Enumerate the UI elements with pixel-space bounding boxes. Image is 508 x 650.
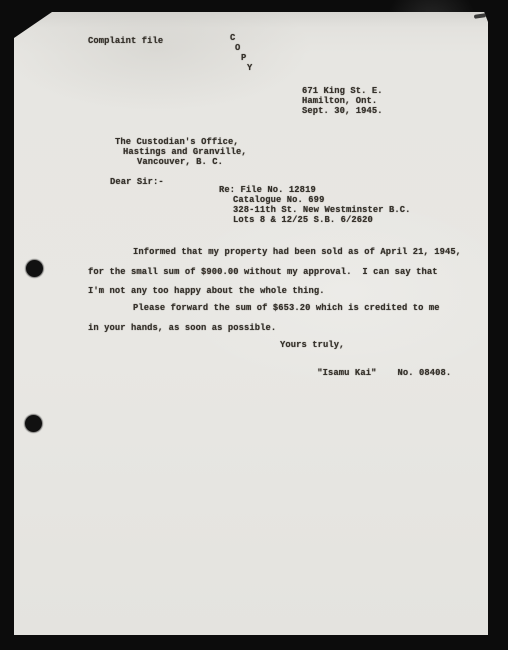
sender-line: Hamilton, Ont.	[302, 96, 383, 106]
recipient-line: Hastings and Granville,	[115, 147, 247, 157]
signature-number: No. 08408.	[397, 368, 451, 378]
reference-line: Catalogue No. 699	[219, 195, 411, 205]
recipient-line: The Custodian's Office,	[115, 137, 247, 147]
signature-name: "Isamu Kai"	[317, 368, 376, 378]
body-line: Informed that my property had been sold …	[88, 243, 461, 263]
complaint-file-annotation: Complaint file	[88, 36, 163, 46]
copy-stamp: C O P Y	[230, 34, 270, 84]
corner-smudge-mark	[474, 13, 486, 19]
reference-line: Re: File No. 12819	[219, 185, 411, 195]
recipient-address-block: The Custodian's Office, Hastings and Gra…	[115, 137, 247, 167]
body-line: for the small sum of $900.00 without my …	[88, 263, 461, 283]
hole-punch-bottom	[25, 415, 42, 432]
reference-line: Lots 8 & 12/25 S.B. 6/2620	[219, 215, 411, 225]
signature-line: "Isamu Kai"No. 08408.	[285, 358, 451, 388]
copy-stamp-letter: Y	[247, 64, 252, 73]
sender-line: 671 King St. E.	[302, 86, 383, 96]
closing-phrase: Yours truly,	[280, 340, 345, 350]
reference-block: Re: File No. 12819 Catalogue No. 699 328…	[219, 185, 411, 225]
body-line: Please forward the sum of $653.20 which …	[88, 299, 440, 319]
scanned-letter-page: Complaint file C O P Y 671 King St. E. H…	[0, 0, 508, 650]
body-paragraph-1: Informed that my property had been sold …	[88, 243, 461, 302]
letter-paper: Complaint file C O P Y 671 King St. E. H…	[14, 12, 488, 635]
body-paragraph-2: Please forward the sum of $653.20 which …	[88, 299, 440, 338]
reference-line: 328-11th St. New Westminster B.C.	[219, 205, 411, 215]
hole-punch-top	[26, 260, 43, 277]
recipient-line: Vancouver, B. C.	[115, 157, 247, 167]
copy-stamp-letter: O	[235, 44, 240, 53]
sender-address-block: 671 King St. E. Hamilton, Ont. Sept. 30,…	[302, 86, 383, 116]
sender-line: Sept. 30, 1945.	[302, 106, 383, 116]
body-line: in your hands, as soon as possible.	[88, 319, 440, 339]
copy-stamp-letter: P	[241, 54, 246, 63]
salutation: Dear Sir:-	[110, 177, 164, 187]
copy-stamp-letter: C	[230, 34, 235, 43]
